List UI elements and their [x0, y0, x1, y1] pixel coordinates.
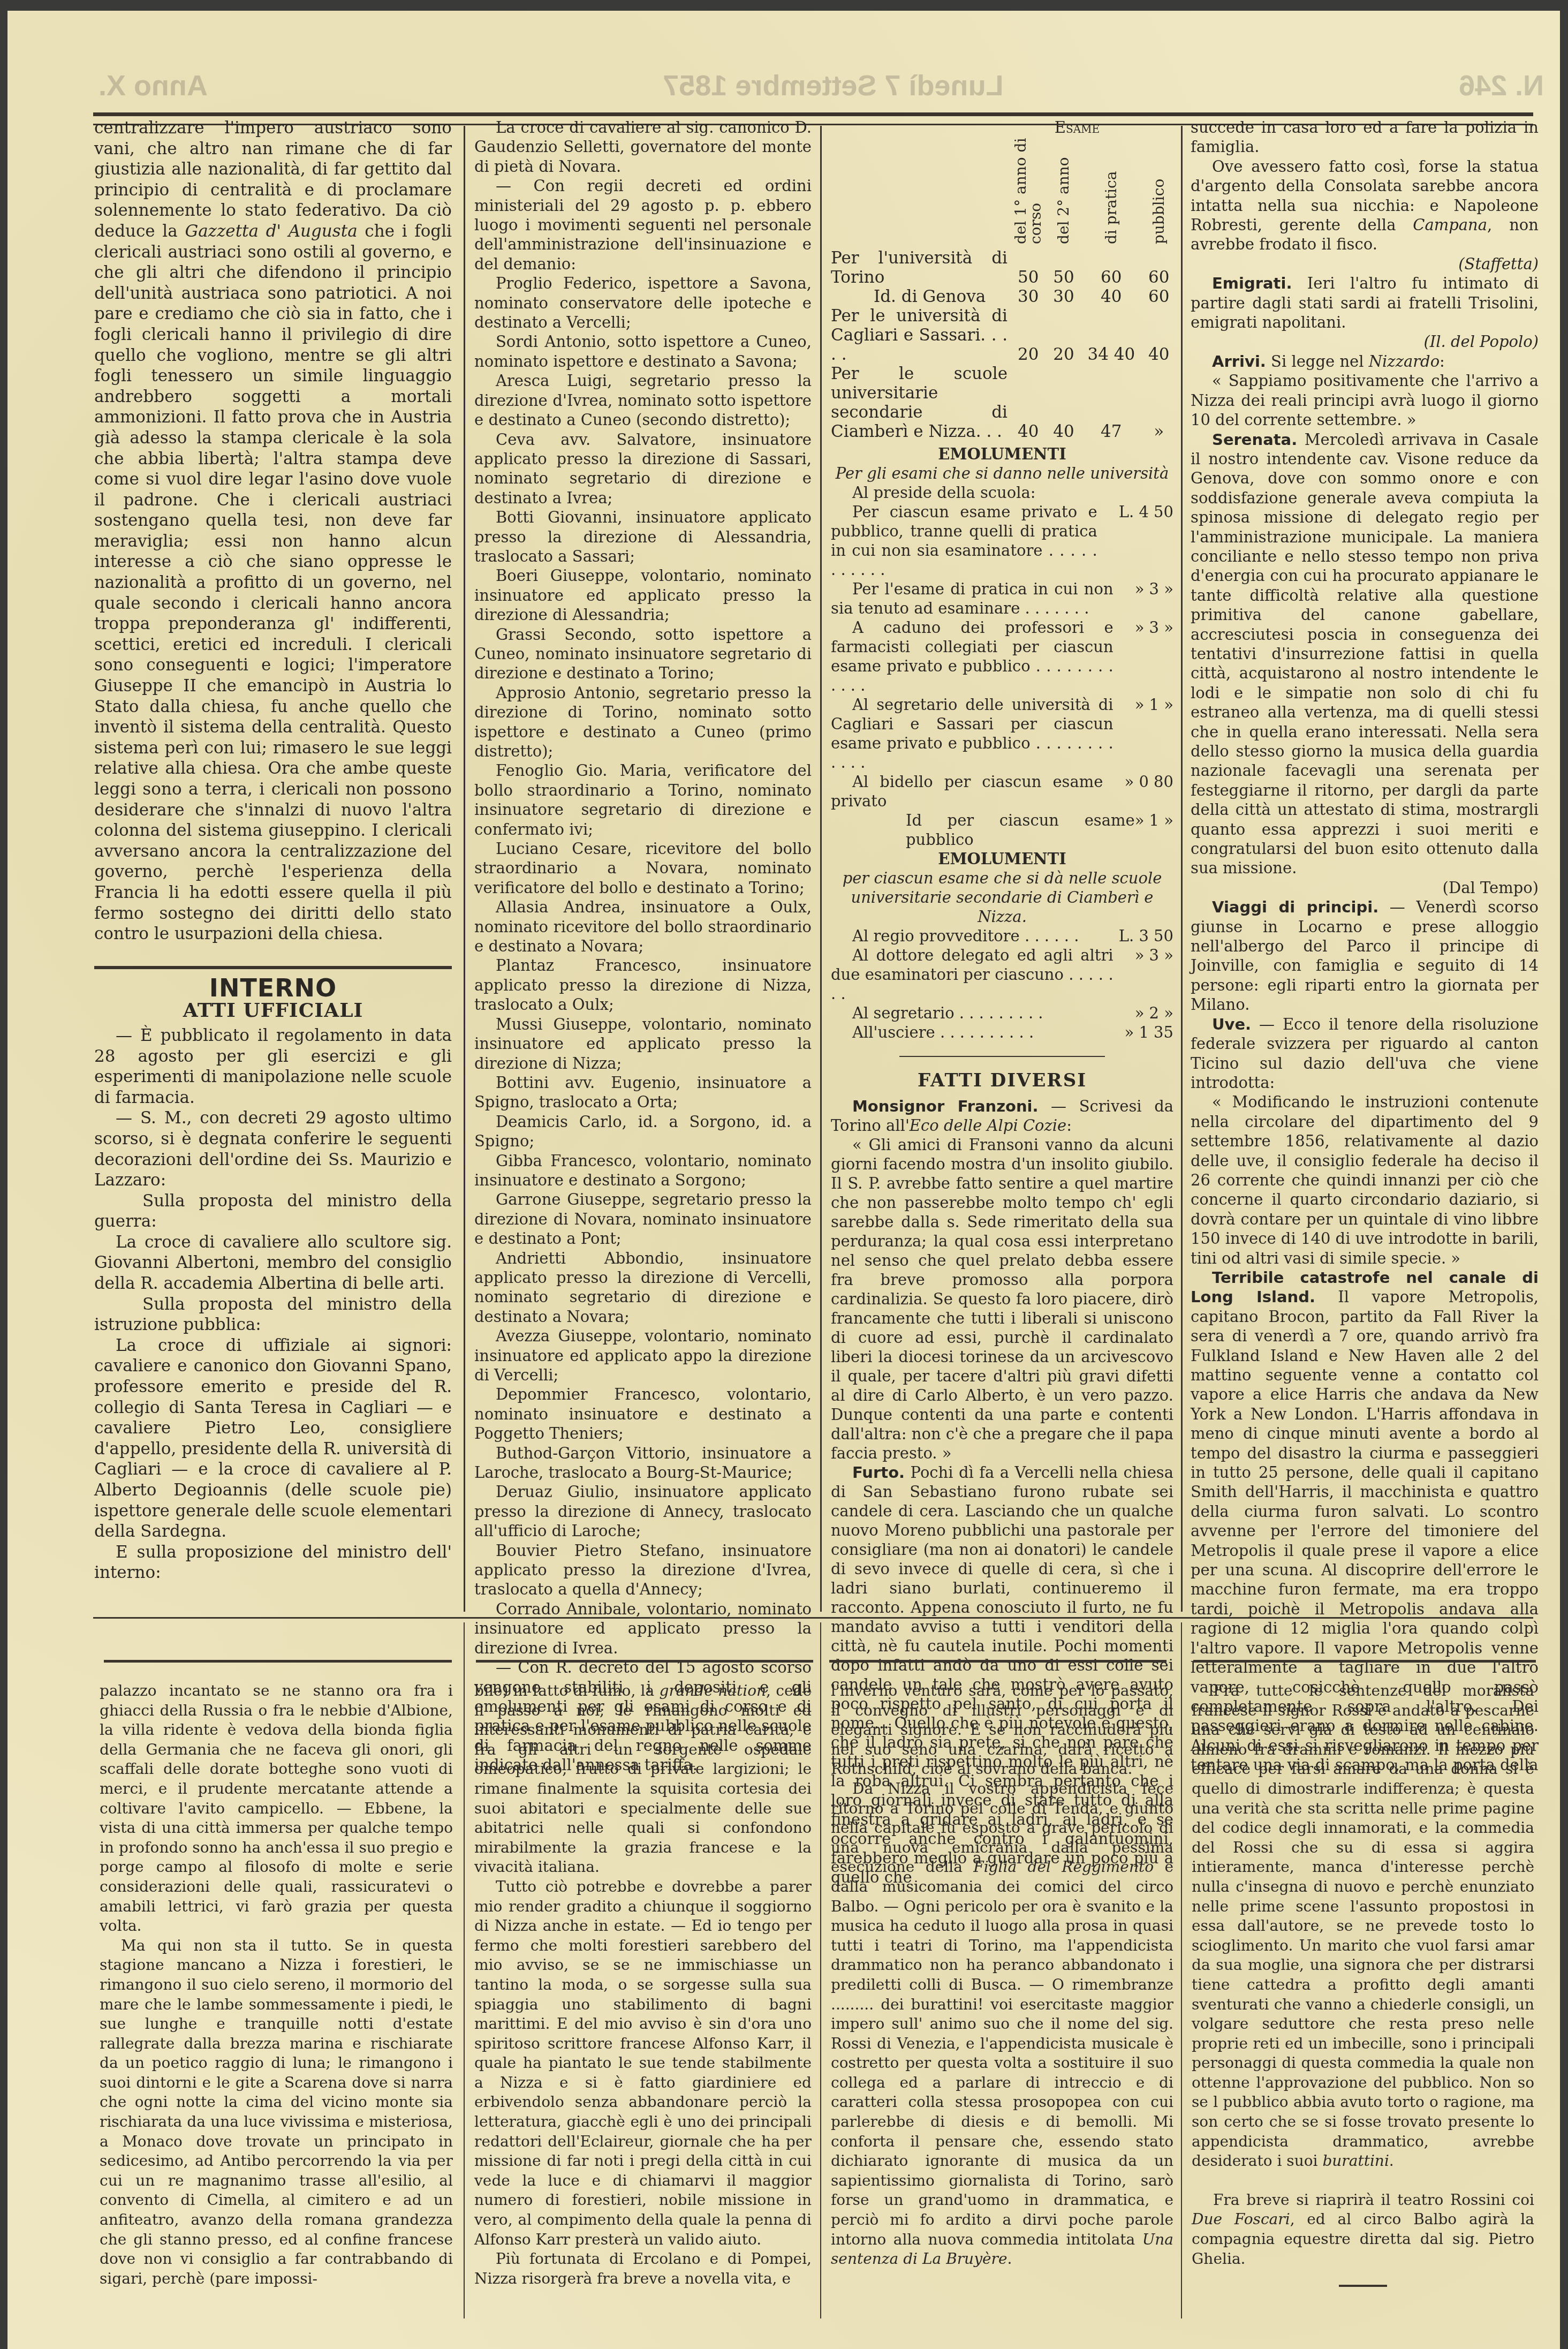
paragraph: Sulla proposta del ministro della guerra…: [94, 1191, 452, 1232]
paragraph: Fra tutte le sentenze del moralista fran…: [1192, 1681, 1534, 2171]
fee-line: Id per ciascun esame pubblico» 1 »: [831, 811, 1173, 849]
cell: 60: [1144, 248, 1173, 287]
list-item: Avezza Giuseppe, volontario, nominato in…: [474, 1326, 812, 1385]
list-item: Plantaz Francesco, insinuatore applicato…: [474, 956, 812, 1014]
list-item: Luciano Cesare, ricevitore del bollo str…: [474, 839, 812, 897]
list-item: Deamicis Carlo, id. a Sorgono, id. a Spi…: [474, 1112, 812, 1151]
article-uve: Uve. — Ecco il tenore della risoluzione …: [1191, 1015, 1539, 1093]
list-item: Allasia Andrea, insinuatore a Oulx, nomi…: [474, 897, 812, 956]
cell: 50: [1008, 248, 1049, 287]
fee-amount: L. 4 50: [1097, 502, 1173, 579]
article-serenata: Serenata. Mercoledì arrivava in Casale i…: [1191, 430, 1539, 878]
table-title: Esame: [831, 118, 1173, 137]
list-item: Deruaz Giulio, insinuatore applicato pre…: [474, 1482, 812, 1540]
paragraph: Ove avessero fatto così, forse la statua…: [1191, 157, 1539, 254]
cell: 30: [1008, 287, 1049, 306]
table-header-row: del 1° anno di corso del 2° anno di prat…: [831, 137, 1173, 248]
column-header: di pratica: [1104, 137, 1119, 244]
list-item: Approsio Antonio, segretario presso la d…: [474, 683, 812, 761]
exam-fee-table: del 1° anno di corso del 2° anno di prat…: [831, 137, 1173, 441]
table-row: Id. di Genova 30 30 40 60: [831, 287, 1173, 306]
appendix-rule: [829, 1660, 1166, 1663]
list-item: Fenoglio Gio. Maria, verificatore del bo…: [474, 761, 812, 839]
paragraph: palazzo incantato se ne stanno ora fra i…: [100, 1681, 453, 1936]
section-rule: [94, 966, 452, 969]
list-item: Grassi Secondo, sotto ispettore a Cuneo,…: [474, 625, 812, 683]
appendix-column-3: l'inverno venturo sarà, come per lo pass…: [831, 1681, 1173, 2269]
cell: 34 40: [1078, 306, 1144, 364]
appendix-column-1: palazzo incantato se ne stanno ora fra i…: [100, 1681, 453, 2288]
fee-line: A caduno dei professori e farmacisti col…: [831, 618, 1173, 695]
article-austria: centralizzare l'impero austriaco sono va…: [94, 118, 452, 945]
source-credit: (Staffetta): [1191, 254, 1539, 274]
list-item: Proglio Federico, ispettore a Savona, no…: [474, 274, 812, 332]
cell: 40: [1049, 364, 1079, 441]
paragraph: E sulla proposizione del ministro dell' …: [94, 1542, 452, 1583]
cell: 40: [1008, 364, 1049, 441]
appendix-separator: [93, 1617, 1533, 1619]
article-emigrati: Emigrati. Ieri l'altro fu intimato di pa…: [1191, 274, 1539, 332]
article-franzoni: Monsignor Franzoni. — Scrivesi da Torino…: [831, 1097, 1173, 1135]
issue-date: Lunedì 7 Settembre 1857: [663, 69, 1003, 102]
fee-text: Per l'esame di pratica in cui non sia te…: [831, 579, 1113, 618]
article-arrivi: Arrivi. Si legge nel Nizzardo:: [1191, 352, 1539, 371]
list-item: Bottini avv. Eugenio, insinuatore a Spig…: [474, 1073, 812, 1112]
fee-line: Al segretario delle università di Caglia…: [831, 695, 1173, 772]
row-label: Per le scuole universitarie secondarie d…: [831, 364, 1008, 441]
fee-line: Al segretario . . . . . . . . .» 2 »: [831, 1003, 1173, 1023]
list-item: Buthod-Garçon Vittorio, insinuatore a La…: [474, 1444, 812, 1483]
list-item: Gibba Francesco, volontario, nominato in…: [474, 1151, 812, 1190]
newspaper-page: N. 246 Lunedì 7 Settembre 1857 Anno X. c…: [7, 11, 1560, 2349]
cell: 30: [1049, 287, 1079, 306]
fee-line: Al bidello per ciascun esame privato» 0 …: [831, 772, 1173, 811]
fee-text: Al bidello per ciascun esame privato: [831, 772, 1103, 811]
fee-text: Al dottore delegato ed agli altri due es…: [831, 946, 1113, 1003]
paragraph: — È pubblicato il regolamento in data 28…: [94, 1025, 452, 1108]
paragraph: l'inverno venturo sarà, come per lo pass…: [831, 1681, 1173, 1779]
issue-number: N. 246: [1459, 69, 1544, 102]
paragraph: — S. M., con decreti 29 agosto ultimo sc…: [94, 1108, 452, 1190]
paragraph: Tutto ciò potrebbe e dovrebbe a parer mi…: [474, 1877, 812, 2249]
fee-amount: » 1 35: [1103, 1023, 1173, 1042]
list-item: Andrietti Abbondio, insinuatore applicat…: [474, 1249, 812, 1327]
fee-amount: » 2 »: [1113, 1003, 1173, 1023]
fee-amount: » 0 80: [1103, 772, 1173, 811]
fee-text: Per ciascun esame privato e pubblico, tr…: [831, 502, 1097, 579]
cell: 40: [1144, 306, 1173, 364]
table-row: Per l'università di Torino 50 50 60 60: [831, 248, 1173, 287]
column-3: Esame del 1° anno di corso del 2° anno d…: [831, 118, 1173, 1887]
column-1: centralizzare l'impero austriaco sono va…: [94, 118, 452, 1583]
cell: 20: [1008, 306, 1049, 364]
subsection-title-atti-ufficiali: ATTI UFFICIALI: [94, 1000, 452, 1021]
cell: 60: [1144, 287, 1173, 306]
list-item: Botti Giovanni, insinuatore applicato pr…: [474, 508, 812, 566]
fee-line: Al regio provveditore . . . . . .L. 3 50: [831, 926, 1173, 946]
cell: 50: [1049, 248, 1079, 287]
table-row: Per le scuole universitarie secondarie d…: [831, 364, 1173, 441]
list-item: Sordi Antonio, sotto ispettore a Cuneo, …: [474, 332, 812, 371]
list-item: Aresca Luigi, segretario presso la direz…: [474, 371, 812, 429]
emolumenti-title: EMOLUMENTI: [831, 444, 1173, 464]
fee-amount: L. 3 50: [1097, 926, 1173, 946]
fee-text: Al regio provveditore . . . . . .: [831, 926, 1079, 946]
paragraph: bile) in fatto di fumo, la grande nation…: [474, 1681, 812, 1877]
column-divider: [464, 126, 465, 1612]
column-2: La croce di cavaliere al sig. canonico D…: [474, 118, 812, 1775]
list-item: Bouvier Pietro Stefano, insinuatore appl…: [474, 1541, 812, 1599]
cell: 20: [1049, 306, 1079, 364]
column-divider: [1181, 1622, 1182, 2318]
paragraph: Fra breve si riaprirà il teatro Rossini …: [1192, 2191, 1534, 2269]
emolumenti-title: EMOLUMENTI: [831, 849, 1173, 868]
row-label: Id. di Genova: [831, 287, 1008, 306]
source-credit: (Il. del Popolo): [1191, 332, 1539, 351]
fee-amount: » 3 »: [1113, 579, 1173, 618]
section-title-fatti-diversi: FATTI DIVERSI: [831, 1071, 1173, 1090]
paragraph: « Sappiamo positivamente che l'arrivo a …: [1191, 371, 1539, 429]
fee-amount: » 1 »: [1135, 811, 1173, 849]
paragraph: Sulla proposta del ministro della istruz…: [94, 1294, 452, 1335]
fee-text: Al segretario delle università di Caglia…: [831, 695, 1113, 772]
paragraph: Al preside della scuola:: [831, 483, 1173, 502]
column-divider: [820, 1622, 821, 2318]
fee-text: Al segretario . . . . . . . . .: [831, 1003, 1043, 1023]
column-divider: [820, 126, 822, 1612]
cell: 47: [1078, 364, 1144, 441]
source-credit: (Dal Tempo): [1191, 878, 1539, 897]
fee-line: All'usciere . . . . . . . . . .» 1 35: [831, 1023, 1173, 1042]
paragraph: succede in casa loro ed a fare la polizi…: [1191, 118, 1539, 157]
fee-line: Al dottore delegato ed agli altri due es…: [831, 946, 1173, 1003]
appendix-column-4: Fra tutte le sentenze del moralista fran…: [1192, 1681, 1534, 2287]
emolumenti-subtitle: per ciascun esame che si dà nelle scuole…: [831, 868, 1173, 926]
list-item: Mussi Giuseppe, volontario, nominato ins…: [474, 1015, 812, 1073]
article-viaggi: Viaggi di principi. — Venerdì scorso giu…: [1191, 897, 1539, 1014]
cell: 40: [1078, 287, 1144, 306]
list-item: Ceva avv. Salvatore, insinuatore applica…: [474, 430, 812, 508]
appendix-rule: [476, 1660, 813, 1663]
paragraph: La croce di uffiziale ai signori: cavali…: [94, 1335, 452, 1542]
fee-line: Per ciascun esame privato e pubblico, tr…: [831, 502, 1173, 579]
list-item: Garrone Giuseppe, segretario presso la d…: [474, 1190, 812, 1248]
fee-text: A caduno dei professori e farmacisti col…: [831, 618, 1113, 695]
fee-amount: » 3 »: [1113, 946, 1173, 1003]
column-header: del 2° anno: [1056, 137, 1071, 244]
appendix-rule: [104, 1660, 452, 1663]
section-rule: [899, 1056, 1105, 1057]
paragraph: « Modificando le instruzioni contenute n…: [1191, 1092, 1539, 1268]
column-header: del 1° anno di corso: [1013, 137, 1043, 244]
paragraph: Più fortunata di Ercolano e di Pompei, N…: [474, 2249, 812, 2288]
fee-amount: » 1 »: [1113, 695, 1173, 772]
cell: »: [1144, 364, 1173, 441]
emolumenti-subtitle: Per gli esami che si danno nelle univers…: [831, 464, 1173, 483]
section-title-interno: INTERNO: [94, 978, 452, 999]
paragraph: « Gli amici di Fransoni vanno da alcuni …: [831, 1135, 1173, 1463]
column-4: succede in casa loro ed a fare la polizi…: [1191, 118, 1539, 1775]
list-item: Corrado Annibale, volontario, nominato i…: [474, 1599, 812, 1658]
appendix-column-2: bile) in fatto di fumo, la grande nation…: [474, 1681, 812, 2288]
column-divider: [1181, 126, 1183, 1612]
paragraph: — Con regii decreti ed ordini ministeria…: [474, 176, 812, 274]
fee-amount: » 3 »: [1113, 618, 1173, 695]
fee-line: Per l'esame di pratica in cui non sia te…: [831, 579, 1173, 618]
list-item: Depommier Francesco, volontario, nominat…: [474, 1385, 812, 1443]
paragraph: La croce di cavaliere al sig. canonico D…: [474, 118, 812, 176]
appendix-rule: [1193, 1660, 1536, 1663]
paragraph: La croce di cavaliere allo scultore sig.…: [94, 1232, 452, 1294]
paragraph: Da Nizza il vostro appendicista fece rit…: [831, 1779, 1173, 2269]
row-label: Per le università di Cagliari e Sassari.…: [831, 306, 1008, 364]
column-header: pubblico: [1152, 137, 1166, 244]
cell: 60: [1078, 248, 1144, 287]
column-divider: [464, 1622, 465, 2318]
issue-year: Anno X.: [99, 69, 208, 102]
fee-text: Id per ciascun esame pubblico: [906, 811, 1135, 849]
end-rule: [1339, 2285, 1387, 2287]
fee-text: All'usciere . . . . . . . . . .: [831, 1023, 1034, 1042]
masthead-bleedthrough: N. 246 Lunedì 7 Settembre 1857 Anno X.: [99, 64, 1544, 107]
paragraph: Ma qui non sta il tutto. Se in questa st…: [100, 1936, 453, 2289]
table-row: Per le università di Cagliari e Sassari.…: [831, 306, 1173, 364]
list-item: Boeri Giuseppe, volontario, nominato ins…: [474, 566, 812, 624]
row-label: Per l'università di Torino: [831, 248, 1008, 287]
